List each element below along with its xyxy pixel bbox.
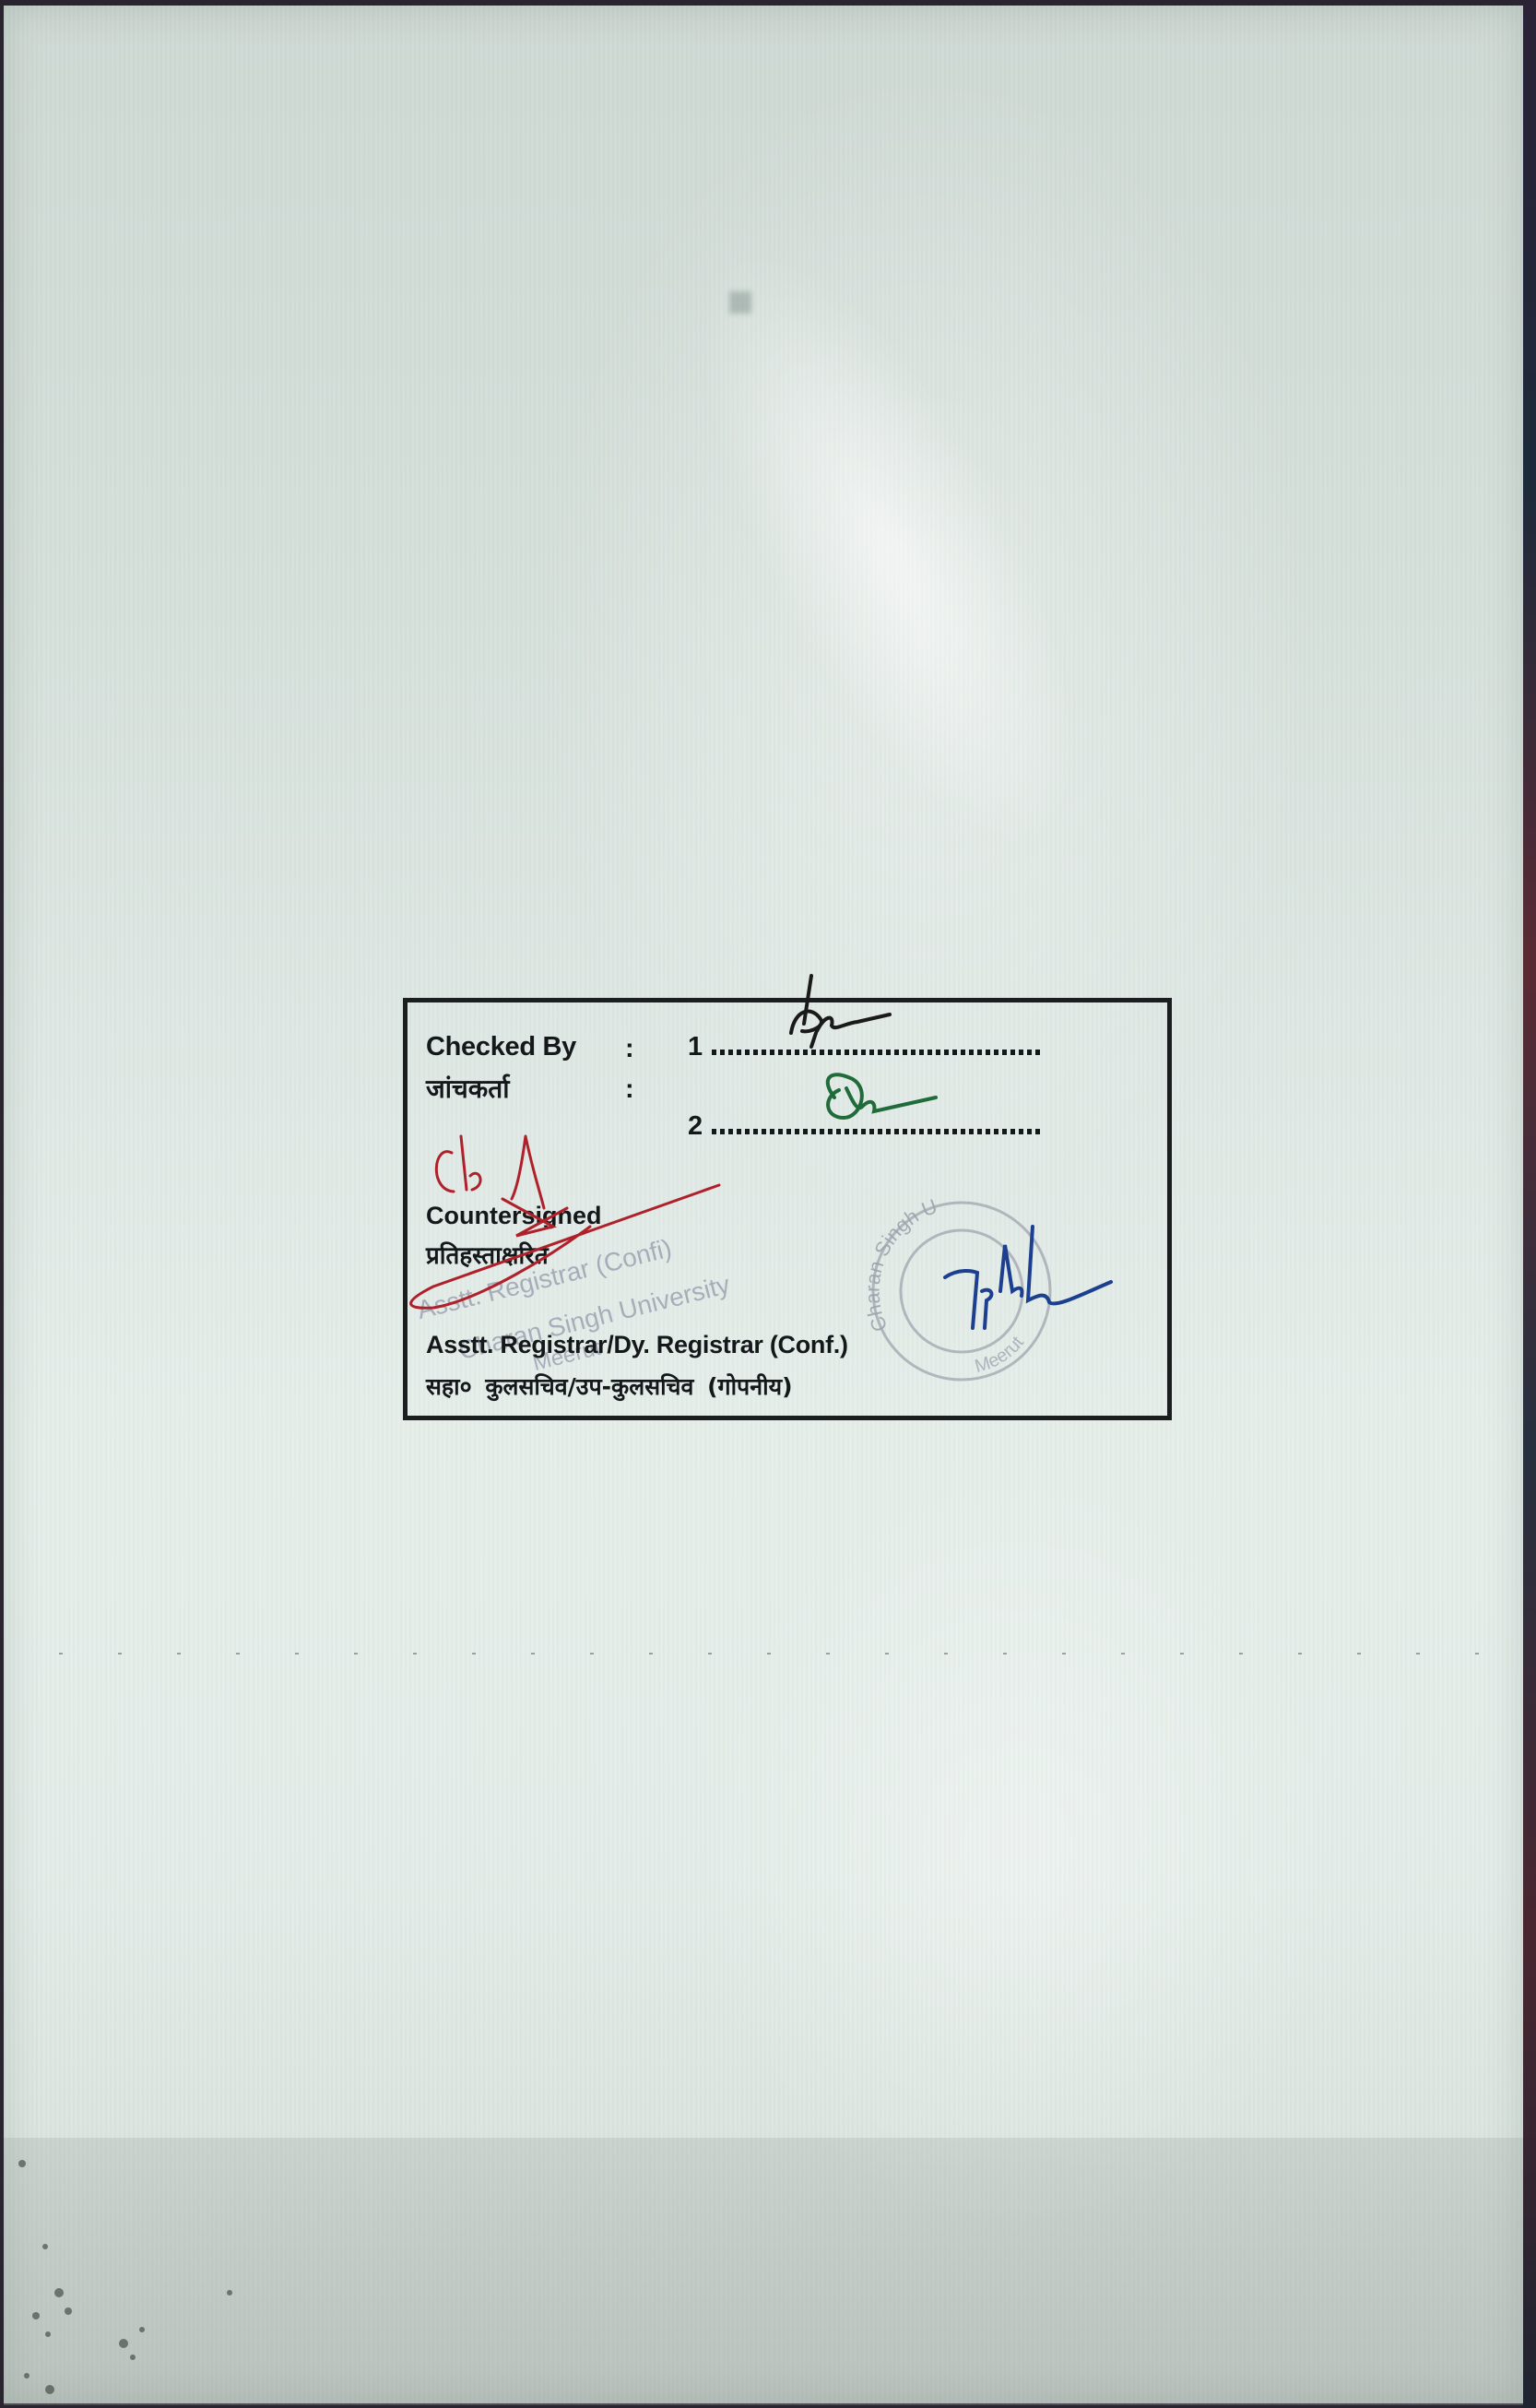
registrar-label: Asstt. Registrar/Dy. Registrar (Conf.)	[426, 1333, 848, 1358]
verification-stamp-box: Checked By : जांचकर्ता : 1 2 Asstt. Regi…	[403, 998, 1172, 1420]
dotted-signature-line-1	[712, 1050, 1040, 1055]
checked-by-colon: :	[625, 1036, 634, 1062]
paper-smudge	[729, 291, 751, 314]
checked-by-label-hindi: जांचकर्ता	[426, 1076, 510, 1102]
checker-line-2: 2	[688, 1113, 1040, 1140]
document-photo: Checked By : जांचकर्ता : 1 2 Asstt. Regi…	[0, 0, 1536, 2408]
countersigned-label: Countersigned	[426, 1204, 602, 1228]
countersigned-label-hindi: प्रतिहस्ताक्षरित	[426, 1244, 549, 1268]
checked-by-label: Checked By	[426, 1034, 576, 1061]
background-cloth	[1521, 0, 1536, 2408]
checker-line-1: 1	[688, 1034, 1040, 1061]
dotted-signature-line-2	[712, 1129, 1040, 1134]
light-glare	[627, 200, 1151, 899]
fold-line	[4, 1653, 1523, 1655]
dirt-specks	[4, 2145, 280, 2403]
checker-number-1: 1	[688, 1032, 703, 1062]
registrar-label-hindi: सहा० कुलसचिव/उप-कुलसचिव (गोपनीय)	[426, 1375, 793, 1398]
checked-by-hindi-colon: :	[625, 1076, 634, 1103]
checker-number-2: 2	[688, 1111, 703, 1141]
paper-sheet: Checked By : जांचकर्ता : 1 2 Asstt. Regi…	[4, 6, 1523, 2403]
